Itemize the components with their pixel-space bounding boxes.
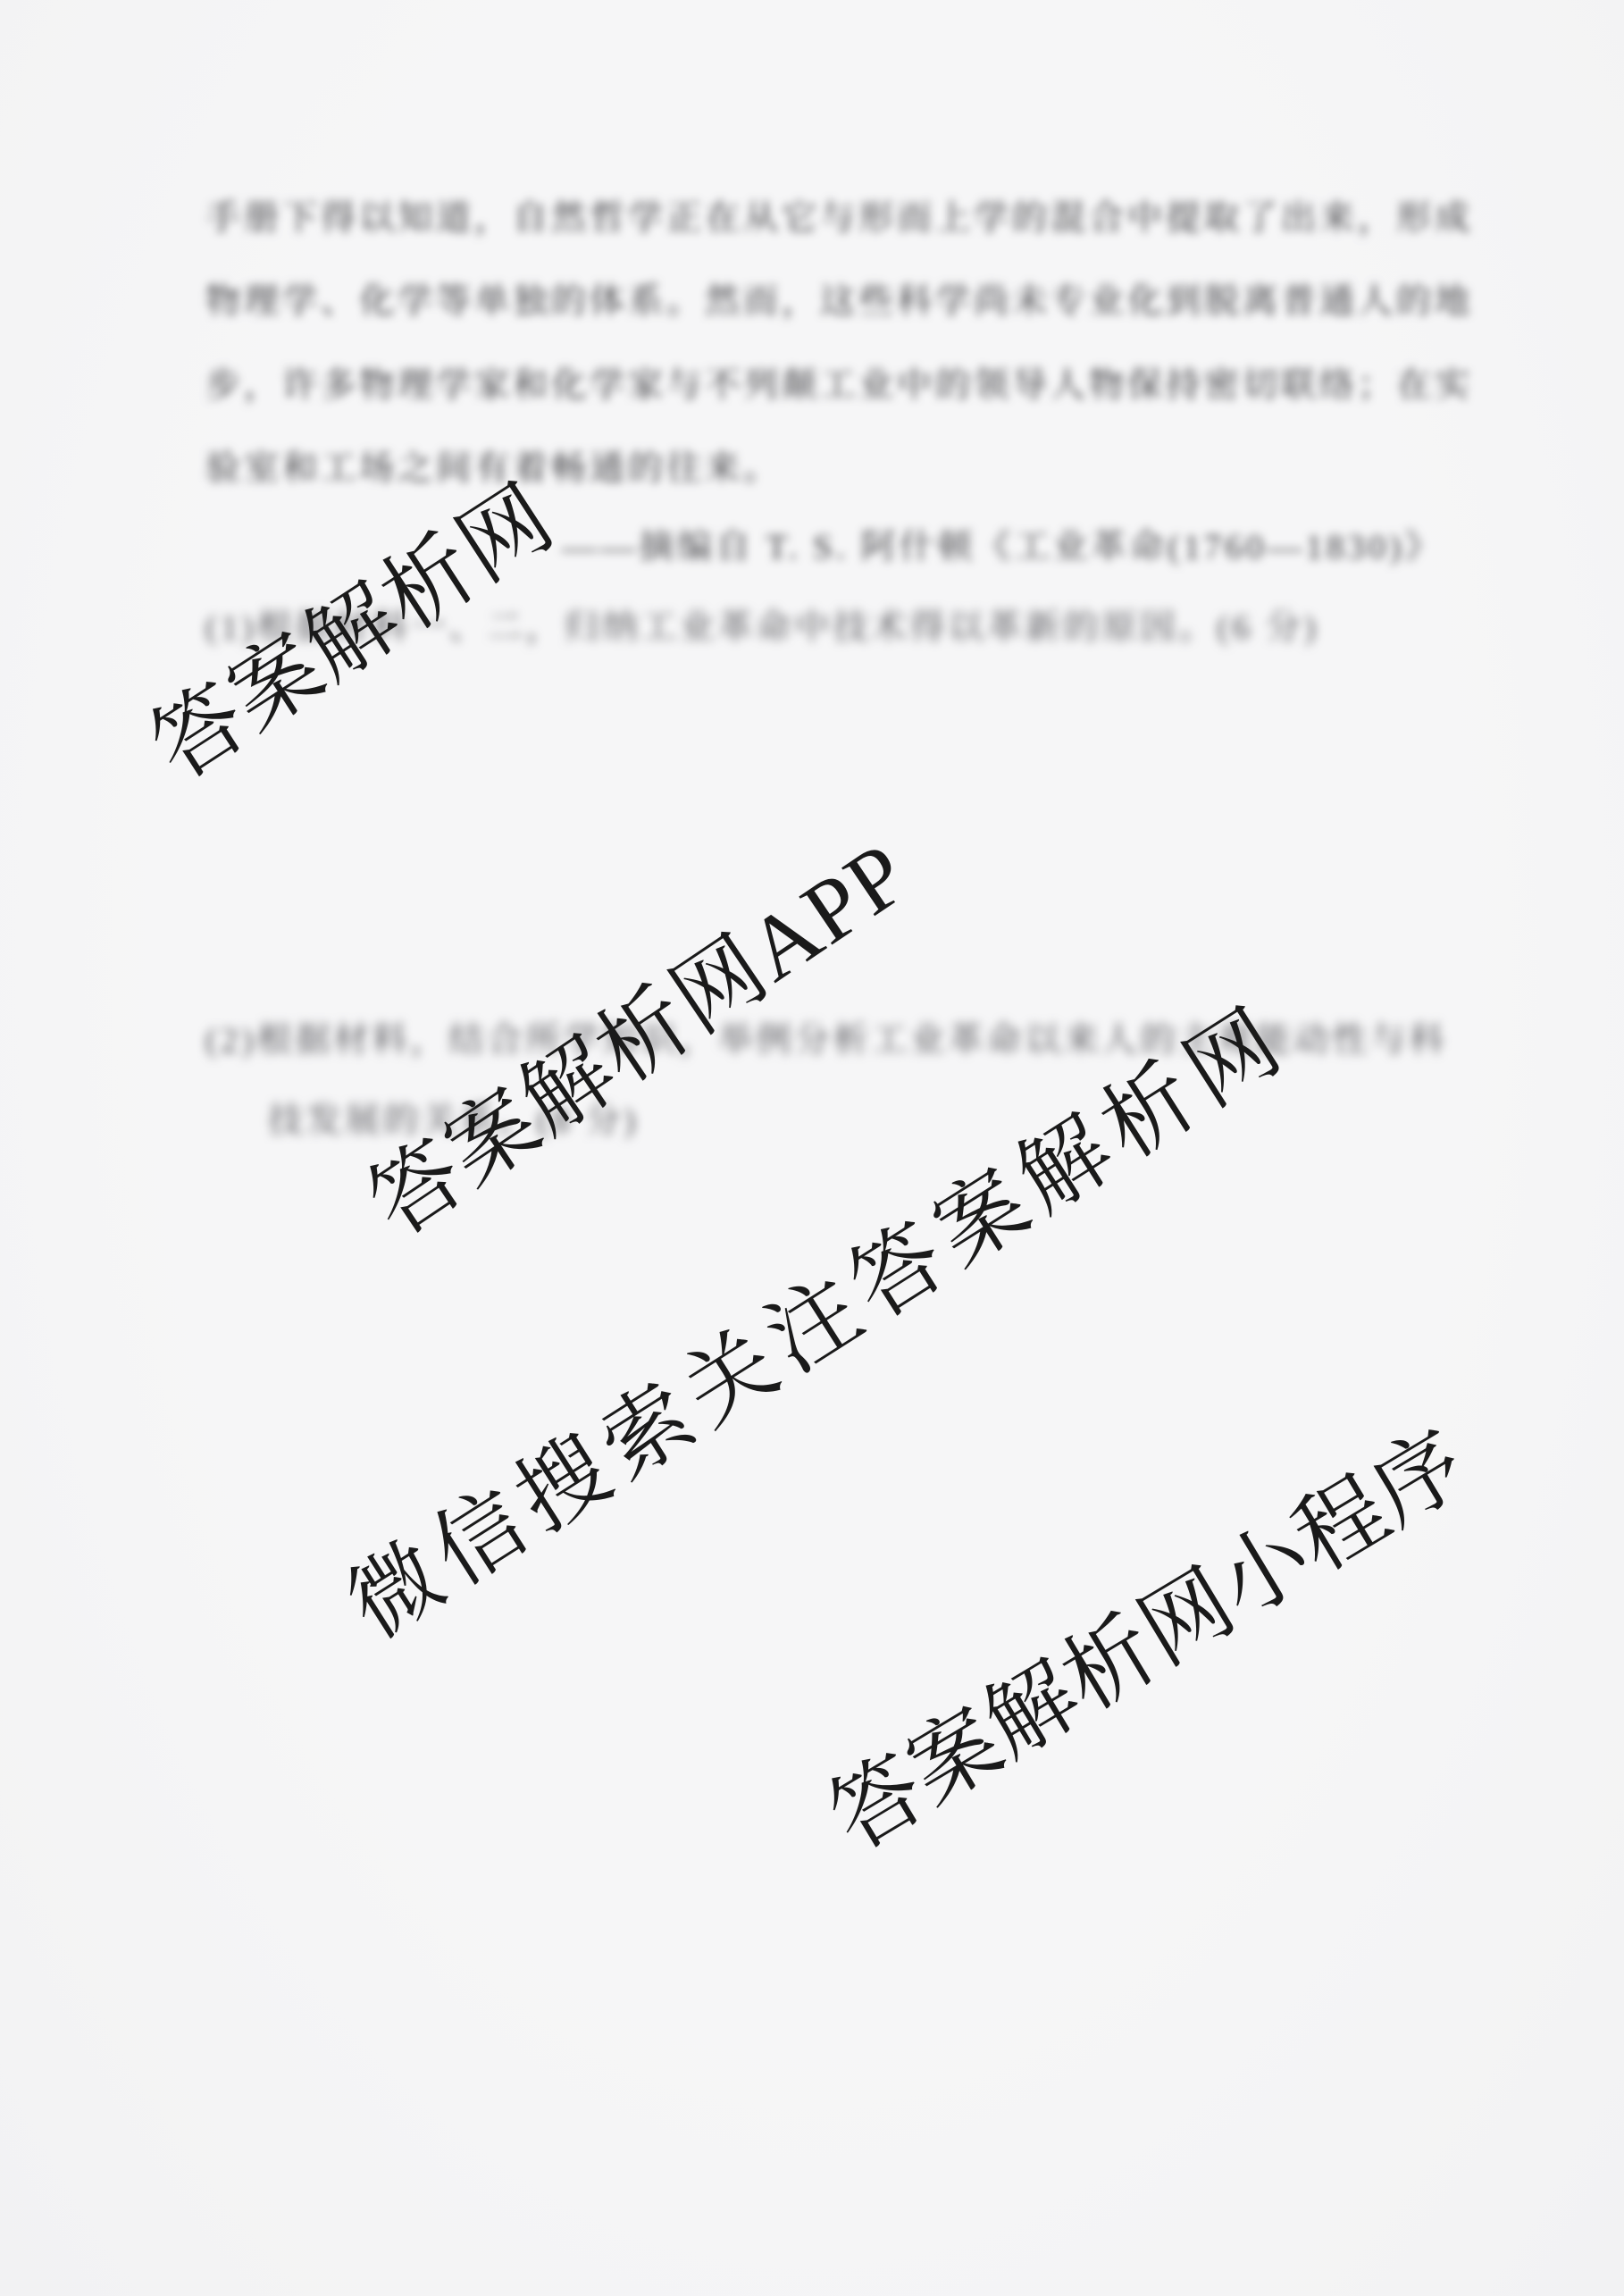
paragraph-line-3: 步，许多物理学家和化学家与不列颠工业中的领导人物保持密切联络；在实 [205,361,1473,411]
citation-line: ——摘编自 T. S. 阿什顿《工业革命(1760—1830)》 [562,523,1443,573]
question-2-line-2: 技发展的关系。(8 分) [268,1096,639,1146]
paragraph-line-4: 验室和工场之间有着畅通的往来。 [205,444,782,494]
question-1-line: (1)根据材料一、二，归纳工业革命中技术得以革新的原因。(6 分) [205,603,1319,653]
scanned-document-page: 手册下得以知道，自然哲学正在从它与形而上学的混合中提取了出来，形成 物理学、化学… [0,0,1624,2296]
question-2-line-1: (2)根据材料，结合所学知识，举例分析工业革命以来人的主观能动性与科 [205,1016,1447,1066]
paragraph-line-1: 手册下得以知道，自然哲学正在从它与形而上学的混合中提取了出来，形成 [205,194,1473,244]
watermark-wechat-search: 微信搜索关注答案解析网 [319,968,1308,1662]
paragraph-line-2: 物理学、化学等单独的体系。然而，这些科学尚未专业化到脱离普通人的地 [205,277,1473,327]
watermark-mini-program: 答案解析网小程序 [802,1392,1487,1874]
